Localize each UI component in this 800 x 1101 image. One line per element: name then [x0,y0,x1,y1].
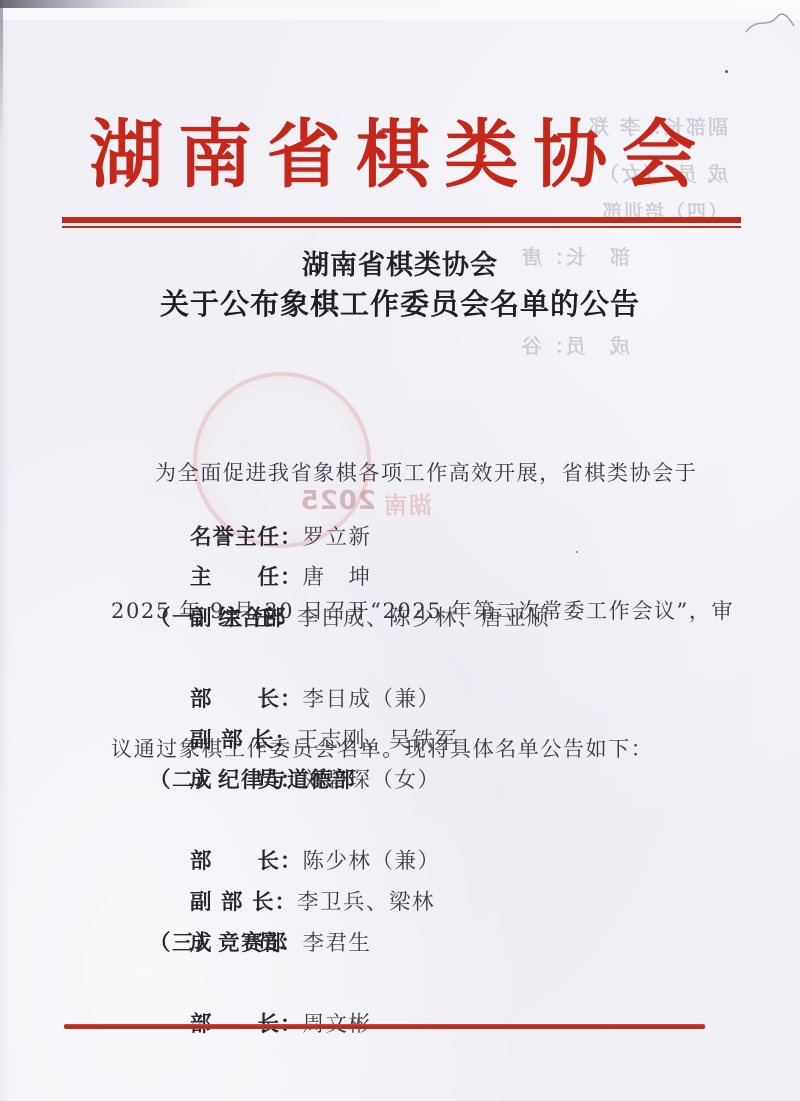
committee-roster: 名誉主任：罗立新 主 任：唐 坤 副 主 任：李日成、陈少林、唐亚顺 （一）综合… [149,477,709,1005]
letterhead-title: 湖南省棋类协会 [0,112,800,199]
roster-names: 陈少林（兼） [303,849,441,874]
roster-label: 部 长： [190,687,303,712]
roster-names: 李日成、陈少林、唐亚顺 [297,606,550,631]
roster-label: 副 部 长： [190,890,297,915]
bleedthrough-text: 成 员：谷 [478,330,630,359]
roster-entry-dept-head: 部 长：陈少林（兼） [149,802,709,843]
footer-rule [64,1024,705,1029]
roster-names: 李日成（兼） [303,687,441,712]
roster-label: 部 长： [190,849,303,874]
roster-entry-dept-head: 部 长：周文彬 [149,964,709,1005]
scanned-document-page: 副部长：李 郑 成 员：（女） （四）培训部 部 长：唐 成 员：谷 2025 … [0,0,800,1101]
roster-label: 副 部 长： [190,728,297,753]
roster-names: 李卫兵、梁林 [297,890,435,915]
roster-label: 名誉主任： [190,525,303,550]
scan-speck-icon [725,70,728,73]
roster-label: 主 任： [190,565,303,590]
document-title-line1: 湖南省棋类协会 [0,243,800,282]
roster-names: 王志刚、吴铁军 [297,728,458,753]
roster-names: 唐 坤 [303,565,372,590]
document-title-line2: 关于公布象棋工作委员会名单的公告 [0,282,800,323]
scan-scratch-mark [744,6,796,42]
scan-edge-shadow [0,0,800,8]
scan-top-highlight [0,8,800,20]
roster-names: 罗立新 [303,525,372,550]
roster-section-competition-dept: （三）竞赛部 [149,924,709,965]
letterhead-double-rule [62,217,741,228]
roster-names: 李君生 [303,931,372,956]
roster-entry-dept-head: 部 长：李日成（兼） [149,639,709,680]
roster-entry-honorary-director: 名誉主任：罗立新 [149,477,709,518]
